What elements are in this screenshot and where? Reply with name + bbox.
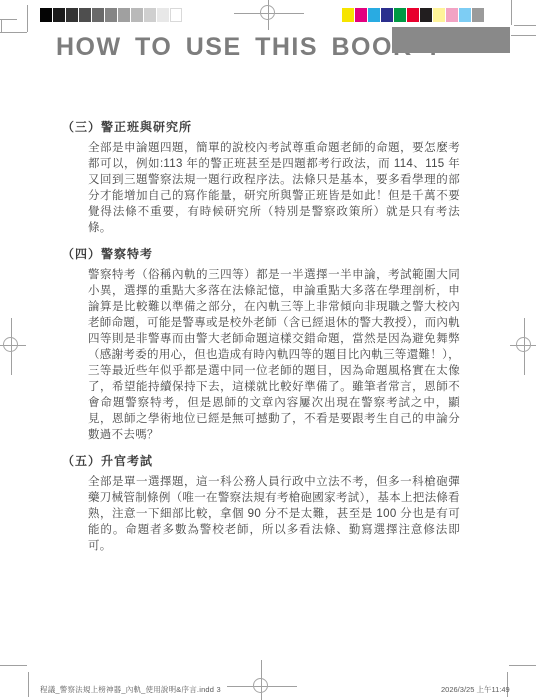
calibration-swatch bbox=[53, 8, 65, 22]
crop-mark bbox=[509, 665, 536, 666]
section-heading: （五）升官考試 bbox=[62, 453, 460, 469]
color-calibration-bar bbox=[342, 8, 484, 22]
footer-filename: 程議_警察法規上榜神器_內軌_使用說明&序言.indd 3 bbox=[40, 684, 221, 695]
section-heading: （三）警正班與研究所 bbox=[62, 119, 460, 135]
section-body: 警察特考（俗稱內軌的三四等）都是一半選擇一半申論，考試範圍大同小異，選擇的重點大… bbox=[88, 267, 460, 443]
registration-mark-icon bbox=[253, 678, 268, 693]
calibration-swatch bbox=[40, 8, 52, 22]
crop-mark bbox=[514, 25, 536, 26]
section-3: （三）警正班與研究所 全部是申論題四題，簡單的說校內考試尊重命題老師的命題，要怎… bbox=[62, 119, 460, 236]
calibration-swatch bbox=[472, 8, 484, 22]
crop-mark bbox=[1, 19, 2, 33]
footer-timestamp: 2026/3/25 上午11:49 bbox=[441, 684, 510, 695]
calibration-swatch bbox=[446, 8, 458, 22]
calibration-swatch bbox=[79, 8, 91, 22]
section-5: （五）升官考試 全部是單一選擇題，這一科公務人員行政中立法不考，但多一科槍砲彈藥… bbox=[62, 453, 460, 554]
calibration-swatch bbox=[144, 8, 156, 22]
crop-mark bbox=[28, 672, 29, 697]
calibration-swatch bbox=[420, 8, 432, 22]
registration-mark-icon bbox=[3, 337, 18, 352]
calibration-swatch bbox=[407, 8, 419, 22]
calibration-swatch bbox=[394, 8, 406, 22]
calibration-swatch bbox=[368, 8, 380, 22]
header-gray-box bbox=[392, 27, 510, 53]
calibration-swatch bbox=[157, 8, 169, 22]
section-body: 全部是申論題四題，簡單的說校內考試尊重命題老師的命題，要怎麼考都可以，例如:11… bbox=[88, 140, 460, 236]
registration-mark-icon bbox=[516, 337, 531, 352]
section-heading: （四）警察特考 bbox=[62, 246, 460, 262]
section-4: （四）警察特考 警察特考（俗稱內軌的三四等）都是一半選擇一半申論，考試範圍大同小… bbox=[62, 246, 460, 443]
crop-mark bbox=[0, 665, 27, 666]
calibration-swatch bbox=[131, 8, 143, 22]
crop-mark bbox=[27, 5, 28, 32]
book-page: HOW TO USE THIS BOOK ? （三）警正班與研究所 全部是申論題… bbox=[0, 0, 536, 700]
calibration-swatch bbox=[170, 8, 182, 22]
page-title: HOW TO USE THIS BOOK ? bbox=[56, 33, 443, 62]
section-body: 全部是單一選擇題，這一科公務人員行政中立法不考，但多一科槍砲彈藥刀械管制條例（唯… bbox=[88, 474, 460, 554]
crop-mark bbox=[511, 35, 536, 36]
calibration-swatch bbox=[342, 8, 354, 22]
calibration-swatch bbox=[118, 8, 130, 22]
calibration-swatch bbox=[92, 8, 104, 22]
calibration-swatch bbox=[355, 8, 367, 22]
grayscale-calibration-bar bbox=[40, 8, 182, 22]
calibration-swatch bbox=[105, 8, 117, 22]
crop-mark bbox=[511, 0, 512, 25]
calibration-swatch bbox=[459, 8, 471, 22]
registration-mark-icon bbox=[260, 5, 275, 20]
page-content: （三）警正班與研究所 全部是申論題四題，簡單的說校內考試尊重命題老師的命題，要怎… bbox=[62, 119, 460, 564]
crop-mark bbox=[0, 32, 27, 33]
calibration-swatch bbox=[381, 8, 393, 22]
calibration-swatch bbox=[66, 8, 78, 22]
crop-mark bbox=[0, 19, 17, 20]
calibration-swatch bbox=[433, 8, 445, 22]
